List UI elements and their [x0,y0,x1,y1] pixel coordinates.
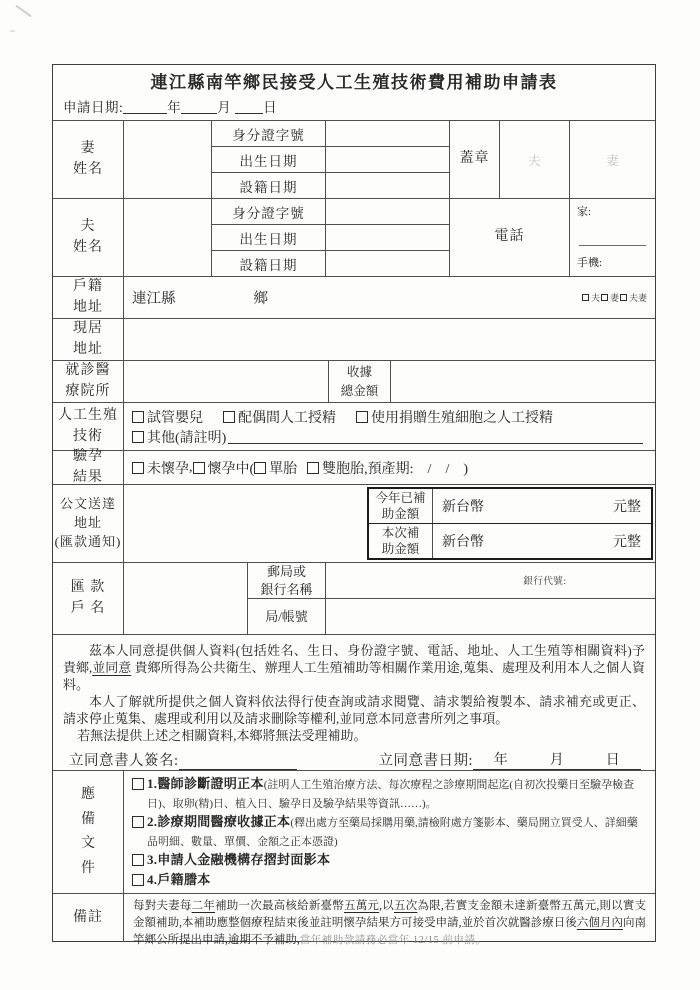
documents-list: 1.醫師診斷證明正本(註明人工生殖治療方法、每次療程之診療期間起迄(自初次投藥日… [123,771,655,893]
checkbox-icon [620,294,627,301]
pregnancy-single: 單胎 [269,458,297,478]
consent-date-day: 日 [606,752,621,769]
subsidy-year-label: 今年已補 助金額 [369,489,433,523]
phone-mobile-label: 手機: [577,254,648,272]
document-item: 2.診療期間醫療收據正本(釋出處方至藥局採購用藥,請檢附處方箋影本、藥局開立買受… [132,813,647,850]
day-blank [235,101,263,114]
wife-id-label: 身分證字號 [212,121,326,146]
wife-name-field [123,121,211,198]
hospital-label: 就診醫 療院所 [53,361,123,402]
application-date-label: 申請日期: [63,100,123,115]
pregnancy-options: 未懷孕, 懷孕中( 單胎 雙胞胎,預產期: / / ) [123,451,655,484]
signature-row: 立同意書人簽名: 立同意書日期: 年 月 日 [63,752,645,770]
delivery-address-label: 公文送達 地址 (匯款通知) [53,485,123,562]
husband-name-field [123,199,211,276]
documents-section: 應 備 文 件 1.醫師診斷證明正本(註明人工生殖治療方法、每次療程之診療期間起… [53,770,655,893]
checkbox-icon [582,294,589,301]
checkbox-icon [132,431,144,443]
signature-blank [179,755,297,770]
signature-label: 立同意書人簽名: [69,753,179,770]
checkbox-icon [254,462,266,474]
year-blank [123,101,167,114]
art-options: 試管嬰兒 配偶間人工授精 使用捐贈生殖細胞之人工授精 其他(請註明) [123,403,655,450]
wife-section: 妻 姓名 身分證字號 出生日期 設籍日期 蓋章 夫 妻 [53,120,655,198]
consent-paragraph-2: 本人了解就所提供之個人資料依法得行使查詢或請求閱覽、請求製給複製本、請求補充或更… [63,693,645,727]
year-suffix: 年 [167,100,181,115]
day-suffix: 日 [263,100,277,115]
pregnancy-due-date: ,預產期: / / ) [364,458,468,478]
registered-address-label: 戶籍 地址 [53,277,123,318]
application-form: 連江縣南竿鄉民接受人工生殖技術費用補助申請表 申請日期:年月 日 妻 姓名 身分… [52,64,656,942]
subsidy-current-label: 本次補 助金額 [369,524,433,558]
month-suffix: 月 [217,100,231,115]
wife-birth-field [326,147,449,172]
remarks-text: 每對夫妻每二年補助一次最高核給新臺幣五萬元,以五次為限,若實支金額未達新臺幣五萬… [123,894,655,942]
wife-fields: 身分證字號 出生日期 設籍日期 [211,121,449,198]
checkbox-icon [132,778,144,790]
checkbox-icon [132,874,144,886]
art-option-ivf: 試管嬰兒 [147,407,203,427]
remarks-label: 備註 [53,894,123,942]
wife-registration-label: 設籍日期 [212,173,326,198]
seal-label: 蓋章 [449,121,499,198]
delivery-section: 公文送達 地址 (匯款通知) 今年已補 助金額 新台幣 元整 本次補 助金額 新… [53,484,655,562]
phone-fields: 家: 手機: [569,199,655,276]
phone-home-label: 家: [577,203,648,219]
seal-wife-ghost: 妻 [606,151,619,169]
consent-date-month: 月 [550,752,565,769]
consent-text: 茲本人同意提供個人資料(包括姓名、生日、身份證字號、電話、地址、人工生殖等相關資… [53,635,655,770]
checkbox-icon [601,294,608,301]
art-other-line [228,430,643,444]
hospital-section: 就診醫 療院所 收據 總金額 [53,360,655,402]
delivery-address-field: 今年已補 助金額 新台幣 元整 本次補 助金額 新台幣 元整 [123,485,655,562]
subsidy-year-currency: 新台幣 [442,496,484,516]
husband-birth-label: 出生日期 [212,225,326,250]
pregnancy-twins: 雙胞胎 [322,458,364,478]
pregnancy-pregnant: 懷孕中( [208,458,255,478]
subsidy-current-currency: 新台幣 [442,531,484,551]
husband-id-label: 身分證字號 [212,199,326,224]
checkbox-icon [132,411,144,423]
scan-artifact [10,30,15,32]
scan-artifact [15,5,32,18]
checkbox-icon [193,462,205,474]
art-section: 人工生殖 技術 試管嬰兒 配偶間人工授精 使用捐贈生殖細胞之人工授精 其他(請註… [53,402,655,450]
phone-label: 電話 [449,199,569,276]
remittance-bank-block: 郵局或 銀行名稱 銀行代號: 局/帳號 [247,563,655,634]
application-date-row: 申請日期:年月 日 [53,93,655,116]
husband-registration-label: 設籍日期 [212,251,326,276]
checkbox-icon [132,854,144,866]
bank-name-field: 銀行代號: [326,563,655,598]
bank-name-label: 郵局或 銀行名稱 [248,563,326,598]
husband-fields: 身分證字號 出生日期 設籍日期 [211,199,449,276]
subsidy-year-unit: 元整 [613,496,641,516]
current-address-section: 現居 地址 [53,318,655,360]
subsidy-row-year: 今年已補 助金額 新台幣 元整 [369,489,651,523]
art-option-donor-insemination: 使用捐贈生殖細胞之人工授精 [371,407,553,427]
pregnancy-not-pregnant: 未懷孕 [147,458,189,478]
form-title: 連江縣南竿鄉民接受人工生殖技術費用補助申請表 [53,68,655,93]
husband-name-label: 夫 姓名 [53,199,123,276]
hospital-field [123,361,328,402]
subsidy-row-current: 本次補 助金額 新台幣 元整 [369,523,651,558]
pregnancy-section: 驗孕 結果 未懷孕, 懷孕中( 單胎 雙胞胎,預產期: / / ) [53,450,655,484]
cb-couple-label: 夫妻 [629,291,647,304]
checkbox-icon [356,411,368,423]
current-address-label: 現居 地址 [53,319,123,360]
current-address-field [123,319,655,360]
checkbox-icon [132,816,144,828]
remittance-account-name-label: 匯 款 戶 名 [53,563,123,634]
consent-underline: 並同意 [92,660,131,675]
document-item: 3.申請人金融機構存摺封面影本 [132,851,647,869]
registered-address-section: 戶籍 地址 連江縣 鄉 夫 妻 夫妻 [53,276,655,318]
art-option-spousal-insemination: 配偶間人工授精 [238,407,336,427]
month-blank [181,101,217,114]
checkbox-icon [307,462,319,474]
checkbox-icon [132,462,144,474]
township-text: 鄉 [254,287,269,308]
remittance-account-name-field [123,563,247,634]
account-number-field [326,599,655,634]
bank-code-label: 銀行代號: [523,573,566,587]
registered-address-field: 連江縣 鄉 夫 妻 夫妻 [123,277,655,318]
checkbox-icon [223,411,235,423]
wife-birth-label: 出生日期 [212,147,326,172]
wife-id-field [326,121,449,146]
art-label: 人工生殖 技術 [53,403,123,450]
husband-section: 夫 姓名 身分證字號 出生日期 設籍日期 電話 家: 手機: [53,198,655,276]
consent-paragraph-1: 茲本人同意提供個人資料(包括姓名、生日、身份證字號、電話、地址、人工生殖等相關資… [63,642,645,693]
consent-section: 茲本人同意提供個人資料(包括姓名、生日、身份證字號、電話、地址、人工生殖等相關資… [53,634,655,770]
address-owner-checkboxes: 夫 妻 夫妻 [582,291,647,304]
consent-paragraph-3: 若無法提供上述之相關資料,本鄉將無法受理補助。 [63,727,645,744]
seal-husband-cell: 夫 [499,121,569,198]
husband-registration-field [326,251,449,276]
cb-wife-label: 妻 [610,291,619,304]
form-header: 連江縣南竿鄉民接受人工生殖技術費用補助申請表 申請日期:年月 日 [53,65,655,120]
receipt-total-label: 收據 總金額 [328,361,390,402]
remarks-section: 備註 每對夫妻每二年補助一次最高核給新臺幣五萬元,以五次為限,若實支金額未達新臺… [53,893,655,942]
documents-label: 應 備 文 件 [53,771,123,893]
receipt-total-field [390,361,655,402]
husband-birth-field [326,225,449,250]
seal-husband-ghost: 夫 [528,151,541,169]
consent-date-label: 立同意書日期: [378,753,473,770]
phone-home-line [579,219,646,246]
cb-husband-label: 夫 [591,291,600,304]
document-item: 4.戶籍謄本 [132,871,647,889]
wife-name-label: 妻 姓名 [53,121,123,198]
subsidy-current-unit: 元整 [613,531,641,551]
document-item: 1.醫師診斷證明正本(註明人工生殖治療方法、每次療程之診療期間起迄(自初次投藥日… [132,775,647,812]
handwritten-note: 當年補助款請務必當年 12/15 前申請。 [300,935,487,946]
consent-date-blank: 年 月 日 [473,752,641,770]
seal-wife-cell: 妻 [569,121,655,198]
husband-id-field [326,199,449,224]
remittance-section: 匯 款 戶 名 郵局或 銀行名稱 銀行代號: 局/帳號 [53,562,655,634]
pregnancy-label: 驗孕 結果 [53,451,123,484]
consent-date-year: 年 [494,752,509,769]
art-option-other: 其他(請註明) [147,427,226,447]
account-number-label: 局/帳號 [248,599,326,634]
county-text: 連江縣 [132,287,176,308]
wife-registration-field [326,173,449,198]
subsidy-box: 今年已補 助金額 新台幣 元整 本次補 助金額 新台幣 元整 [367,487,653,560]
